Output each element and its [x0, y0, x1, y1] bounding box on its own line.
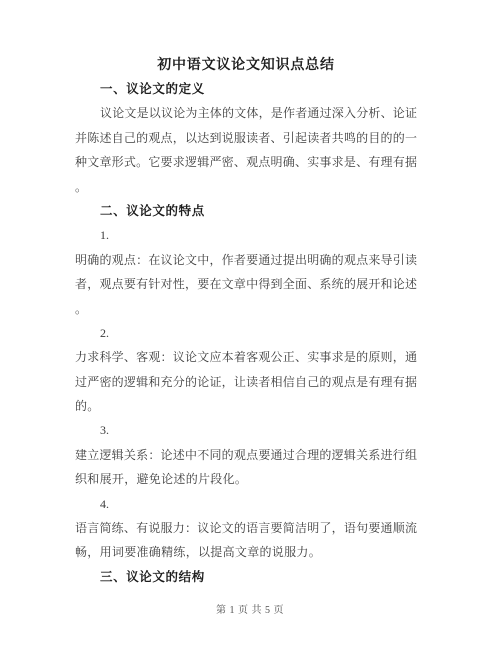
list-number-2: 2.	[75, 321, 417, 345]
paragraph-line: 织和展开，避免论述的片段化。	[75, 467, 417, 491]
doc-title: 初中语文议论文知识点总结	[75, 51, 417, 77]
paragraph-line: 建立逻辑关系：论述中不同的观点要通过合理的逻辑关系进行组	[75, 443, 417, 467]
paragraph-line: 的。	[75, 394, 417, 418]
document-body: 初中语文议论文知识点总结 一、议论文的定义 议论文是以议论为主体的文体，是作者通…	[75, 51, 417, 589]
section-heading-2: 二、议论文的特点	[75, 199, 417, 223]
paragraph-line: 过严密的逻辑和充分的论证，让读者相信自己的观点是有理有据	[75, 370, 417, 394]
paragraph-line: 语言简练、有说服力：议论文的语言要简洁明了，语句要通顺流	[75, 516, 417, 540]
section-heading-3: 三、议论文的结构	[75, 565, 417, 589]
document-page: 初中语文议论文知识点总结 一、议论文的定义 议论文是以议论为主体的文体，是作者通…	[0, 0, 500, 647]
list-number-3: 3.	[75, 418, 417, 442]
section-heading-1: 一、议论文的定义	[75, 77, 417, 101]
page-footer: 第 1 页 共 5 页	[0, 601, 500, 616]
paragraph-line: 。	[75, 175, 417, 199]
paragraph-line: 。	[75, 297, 417, 321]
paragraph-line: 力求科学、客观：议论文应本着客观公正、实事求是的原则，通	[75, 345, 417, 369]
paragraph-line: 者，观点要有针对性，要在文章中得到全面、系统的展开和论述	[75, 272, 417, 296]
paragraph-line: 议论文是以议论为主体的文体，是作者通过深入分析、论证	[75, 101, 417, 125]
paragraph-line: 种文章形式。它要求逻辑严密、观点明确、实事求是、有理有据	[75, 150, 417, 174]
paragraph-line: 并陈述自己的观点，以达到说服读者、引起读者共鸣的目的的一	[75, 126, 417, 150]
paragraph-line: 畅，用词要准确精练，以提高文章的说服力。	[75, 540, 417, 564]
list-number-1: 1.	[75, 223, 417, 247]
paragraph-line: 明确的观点：在议论文中，作者要通过提出明确的观点来导引读	[75, 248, 417, 272]
list-number-4: 4.	[75, 492, 417, 516]
